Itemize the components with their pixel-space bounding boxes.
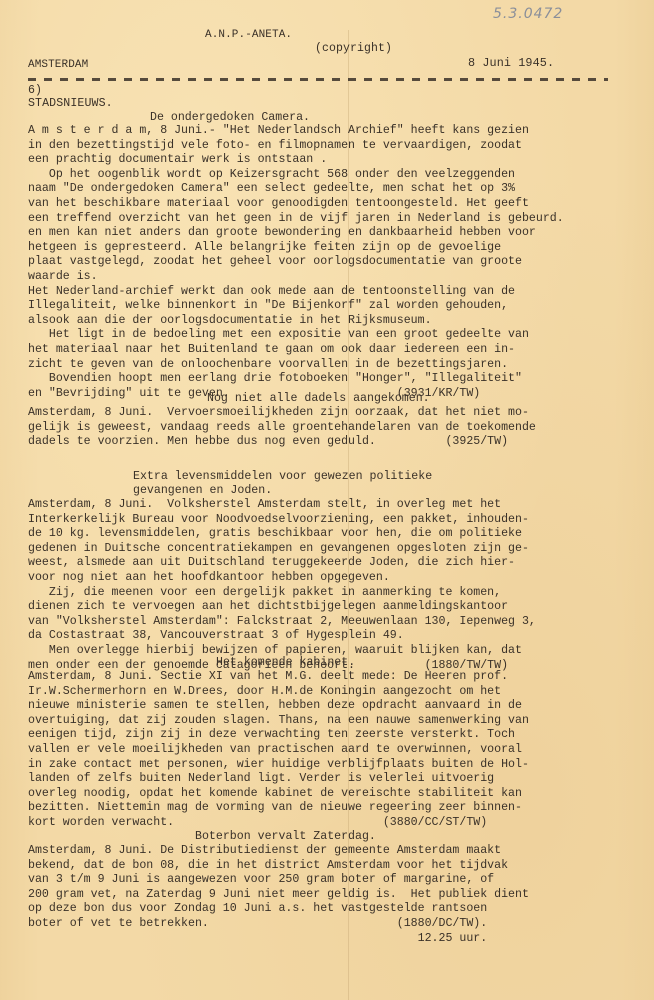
article-line: een treffend overzicht van het geen in d… xyxy=(28,212,564,227)
article-line: op deze bon dus voor Zondag 10 Juni a.s.… xyxy=(28,902,529,917)
article-line: Bovendien hoopt men eerlang drie fotoboe… xyxy=(28,372,564,387)
article-title: Het komende kabinet. xyxy=(216,656,355,670)
article-body: Amsterdam, 8 Juni. De Distributiedienst … xyxy=(28,844,529,946)
dateline-date: 8 Juni 1945. xyxy=(468,56,554,70)
article-line: Amsterdam, 8 Juni. Sectie XI van het M.G… xyxy=(28,670,529,685)
article-line: Amsterdam, 8 Juni. De Distributiedienst … xyxy=(28,844,529,859)
archive-mark: 5.3.0472 xyxy=(493,6,563,22)
article-line: dadels te voorzien. Men hebbe dus nog ev… xyxy=(28,435,536,450)
article-line: naam "De ondergedoken Camera" een select… xyxy=(28,182,564,197)
article-line: zicht te geven van de onloochenbare voor… xyxy=(28,358,564,373)
article-line: overtuiging, dat zij zouden slagen. Than… xyxy=(28,714,529,729)
article-body: Amsterdam, 8 Juni. Vervoersmoeilijkheden… xyxy=(28,406,536,450)
article-line: weest, alsmede aan uit Duitschland terug… xyxy=(28,556,536,571)
article-line: Ir.W.Schermerhorn en W.Drees, door H.M.d… xyxy=(28,685,529,700)
item-number: 6) xyxy=(28,84,42,98)
article-line: kort worden verwacht. (3880/CC/ST/TW) xyxy=(28,816,529,831)
article-line: overleg noodig, opdat het komende kabine… xyxy=(28,787,529,802)
article-line: en men kan niet anders dan groote bewond… xyxy=(28,226,564,241)
article-title: Boterbon vervalt Zaterdag. xyxy=(195,830,376,844)
article-line: boter of vet te betrekken. (1880/DC/TW). xyxy=(28,917,529,932)
article-line: Het Nederland-archief werkt dan ook mede… xyxy=(28,285,564,300)
article-line: bezitten. Niettemin mag de vorming van d… xyxy=(28,801,529,816)
article-line: in den bezettingstijd vele foto- en film… xyxy=(28,139,564,154)
dateline-city: AMSTERDAM xyxy=(28,58,88,72)
article-body: Amsterdam, 8 Juni. Sectie XI van het M.G… xyxy=(28,670,529,831)
article-body: Amsterdam, 8 Juni. Volksherstel Amsterda… xyxy=(28,498,536,673)
article-line: Amsterdam, 8 Juni. Vervoersmoeilijkheden… xyxy=(28,406,536,421)
article-line: alsook aan die der oorlogsdocumentatie i… xyxy=(28,314,564,329)
article-line: Amsterdam, 8 Juni. Volksherstel Amsterda… xyxy=(28,498,536,513)
article-title-line-1: Extra levensmiddelen voor gewezen politi… xyxy=(133,470,432,484)
article-line: gelijk is geweest, vandaag reeds alle gr… xyxy=(28,421,536,436)
article-line: dienen zich te vervoegen aan het dichtst… xyxy=(28,600,536,615)
article-line: landen of zelfs buiten Nederland ligt. V… xyxy=(28,772,529,787)
article-line: Zij, die meenen voor een dergelijk pakke… xyxy=(28,586,536,601)
article-line: da Costastraat 38, Vancouverstraat 3 of … xyxy=(28,629,536,644)
article-title: Nog niet alle dadels aangekomen. xyxy=(207,392,430,406)
article-line: waarde is. xyxy=(28,270,564,285)
article-line: van het beschikbare materiaal voor genoo… xyxy=(28,197,564,212)
dashed-separator xyxy=(28,78,608,81)
article-line: hetgeen is gepresteerd. Alle belangrijke… xyxy=(28,241,564,256)
article-line: vallen er vele moeilijkheden van practis… xyxy=(28,743,529,758)
article-body: A m s t e r d a m, 8 Juni.- "Het Nederla… xyxy=(28,124,564,401)
article-line: in zake contact met personen, wier huidi… xyxy=(28,758,529,773)
article-line: van "Volksherstel Amsterdam": Falckstraa… xyxy=(28,615,536,630)
article-line: 12.25 uur. xyxy=(28,932,529,947)
article-line: Illegaliteit, welke binnenkort in "De Bi… xyxy=(28,299,564,314)
article-line: Het ligt in de bedoeling met een exposit… xyxy=(28,328,564,343)
article-line: plaat vastgelegd, zoodat het geheel voor… xyxy=(28,255,564,270)
article-line: A m s t e r d a m, 8 Juni.- "Het Nederla… xyxy=(28,124,564,139)
article-line: Interkerkelijk Bureau voor Noodvoedselvo… xyxy=(28,513,536,528)
article-line: voor nog niet aan het hoofdkantoor hebbe… xyxy=(28,571,536,586)
article-line: bekend, dat de bon 08, die in het distri… xyxy=(28,859,529,874)
article-line: nieuwe ministerie samen te stellen, hebb… xyxy=(28,699,529,714)
article-line: eenigen tijd, zijn zij in deze verwachti… xyxy=(28,728,529,743)
section-heading: STADSNIEUWS. xyxy=(28,97,113,111)
article-line: gedenen in Duitsche concentratiekampen e… xyxy=(28,542,536,557)
article-line: Op het oogenblik wordt op Keizersgracht … xyxy=(28,168,564,183)
article-line: van 3 t/m 9 Juni is aangewezen voor 250 … xyxy=(28,873,529,888)
copyright-notice: (copyright) xyxy=(315,42,392,56)
article-title-line-2: gevangenen en Joden. xyxy=(133,484,272,498)
article-line: het materiaal naar het Buitenland te gaa… xyxy=(28,343,564,358)
article-line: de 10 kg. levensmiddelen, gratis beschik… xyxy=(28,527,536,542)
article-line: 200 gram vet, na Zaterdag 9 Juni niet me… xyxy=(28,888,529,903)
article-line: een prachtig documentair werk is ontstaa… xyxy=(28,153,564,168)
agency-header: A.N.P.-ANETA. xyxy=(205,28,292,42)
article-title: De ondergedoken Camera. xyxy=(150,111,310,125)
